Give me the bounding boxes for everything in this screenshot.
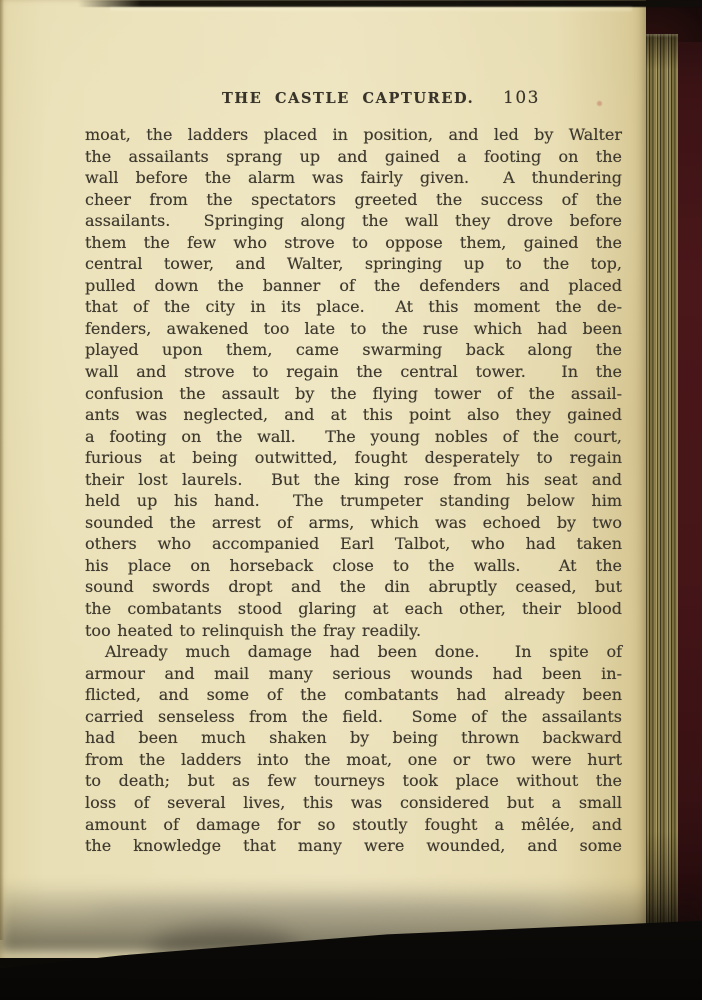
running-header: THE CASTLE CAPTURED. 103 [85,90,622,110]
paragraph: moat, the ladders placed in position, an… [85,124,622,641]
text-line: to death; but as few tourneys took place… [85,770,622,792]
text-line: too heated to relinquish the fray readil… [85,620,622,642]
text-line: the assailants sprang up and gained a fo… [85,146,622,168]
text-line: furious at being outwitted, fought despe… [85,447,622,469]
header-title: THE CASTLE CAPTURED. [222,90,474,107]
text-line: had been much shaken by being thrown bac… [85,727,622,749]
left-page-edge [0,0,4,940]
text-line: carried senseless from the field. Some o… [85,706,622,728]
text-line: sounded the arrest of arms, which was ec… [85,512,622,534]
paper-speck [597,101,602,106]
text-line: assailants. Springing along the wall the… [85,210,622,232]
text-line: pulled down the banner of the defenders … [85,275,622,297]
text-line: moat, the ladders placed in position, an… [85,124,622,146]
text-line: amount of damage for so stoutly fought a… [85,814,622,836]
text-line: flicted, and some of the combatants had … [85,684,622,706]
text-line: that of the city in its place. At this m… [85,296,622,318]
text-line: ants was neglected, and at this point al… [85,404,622,426]
text-line: central tower, and Walter, springing up … [85,253,622,275]
text-line: wall before the alarm was fairly given. … [85,167,622,189]
text-line: confusion the assault by the flying towe… [85,383,622,405]
text-line: played upon them, came swarming back alo… [85,339,622,361]
text-line: from the ladders into the moat, one or t… [85,749,622,771]
text-line: the combatants stood glaring at each oth… [85,598,622,620]
book-photo: THE CASTLE CAPTURED. 103 moat, the ladde… [0,0,702,1000]
text-line: Already much damage had been done. In sp… [85,641,622,663]
text-line: a footing on the wall. The young nobles … [85,426,622,448]
text-line: cheer from the spectators greeted the su… [85,189,622,211]
paragraph: Already much damage had been done. In sp… [85,641,622,856]
top-edge-highlight [110,7,632,11]
text-line: held up his hand. The trumpeter standing… [85,490,622,512]
body-text: moat, the ladders placed in position, an… [85,124,622,857]
text-line: others who accompanied Earl Talbot, who … [85,533,622,555]
text-line: armour and mail many serious wounds had … [85,663,622,685]
text-line: them the few who strove to oppose them, … [85,232,622,254]
page-fore-edge [642,34,678,940]
text-line: loss of several lives, this was consider… [85,792,622,814]
text-line: sound swords dropt and the din abruptly … [85,576,622,598]
top-edge-shadow [78,0,702,7]
book-page: THE CASTLE CAPTURED. 103 moat, the ladde… [0,0,646,958]
text-line: fenders, awakened too late to the ruse w… [85,318,622,340]
text-line: wall and strove to regain the central to… [85,361,622,383]
text-line: the knowledge that many were wounded, an… [85,835,622,857]
text-line: his place on horseback close to the wall… [85,555,622,577]
text-line: their lost laurels. But the king rose fr… [85,469,622,491]
page-number: 103 [503,88,540,108]
